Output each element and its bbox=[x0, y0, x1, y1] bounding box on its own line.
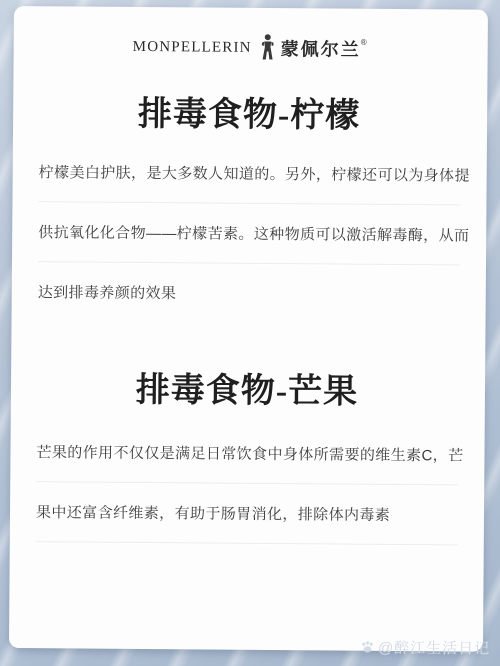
paragraph-line-text: 供抗氧化化合物——柠檬苦素。这种物质可以激活解毒酶，从而 bbox=[38, 222, 458, 247]
paragraph-line: 果中还富含纤维素，有助于肠胃消化，排除体内毒素 bbox=[36, 502, 456, 565]
paragraph-mango: 芒果的作用不仅仅是满足日常饮食中身体所需要的维生素C，芒 果中还富含纤维素，有助… bbox=[36, 442, 457, 565]
paragraph-line-text: 柠檬美白护肤，是大多数人知道的。另外，柠檬还可以为身体提 bbox=[39, 162, 459, 187]
statue-figure-icon bbox=[258, 33, 278, 63]
watermark-text: @醉江生活日记 bbox=[378, 637, 490, 659]
paragraph-line: 供抗氧化化合物——柠檬苦素。这种物质可以激活解毒酶，从而 bbox=[38, 222, 458, 285]
section-title-mango: 排毒食物-芒果 bbox=[37, 367, 457, 416]
brand-name-cn: 蒙佩尔兰 bbox=[281, 35, 361, 62]
poster-canvas: MONPELLERIN 蒙佩尔兰 ® 排毒食物-柠檬 柠檬美白护肤，是大多数人知… bbox=[0, 0, 500, 666]
paragraph-line: 芒果的作用不仅仅是满足日常饮食中身体所需要的维生素C，芒 bbox=[36, 442, 456, 505]
paragraph-lemon: 柠檬美白护肤，是大多数人知道的。另外，柠檬还可以为身体提 供抗氧化化合物——柠檬… bbox=[37, 162, 458, 345]
paragraph-line: 柠檬美白护肤，是大多数人知道的。另外，柠檬还可以为身体提 bbox=[38, 162, 458, 225]
brand-logo: MONPELLERIN 蒙佩尔兰 ® bbox=[40, 28, 460, 67]
registered-trademark-symbol: ® bbox=[361, 37, 367, 46]
section-title-lemon: 排毒食物-柠檬 bbox=[39, 91, 459, 140]
watermark: @醉江生活日记 bbox=[360, 636, 490, 658]
content-card: MONPELLERIN 蒙佩尔兰 ® 排毒食物-柠檬 柠檬美白护肤，是大多数人知… bbox=[9, 6, 488, 652]
paragraph-line-text: 果中还富含纤维素，有助于肠胃消化，排除体内毒素 bbox=[36, 502, 456, 527]
paragraph-line-text: 芒果的作用不仅仅是满足日常饮食中身体所需要的维生素C，芒 bbox=[36, 442, 456, 467]
paragraph-line-text: 达到排毒养颜的效果 bbox=[38, 282, 458, 307]
paragraph-line: 达到排毒养颜的效果 bbox=[37, 282, 457, 345]
brand-name-en: MONPELLERIN bbox=[133, 38, 252, 56]
paw-icon bbox=[360, 639, 375, 654]
